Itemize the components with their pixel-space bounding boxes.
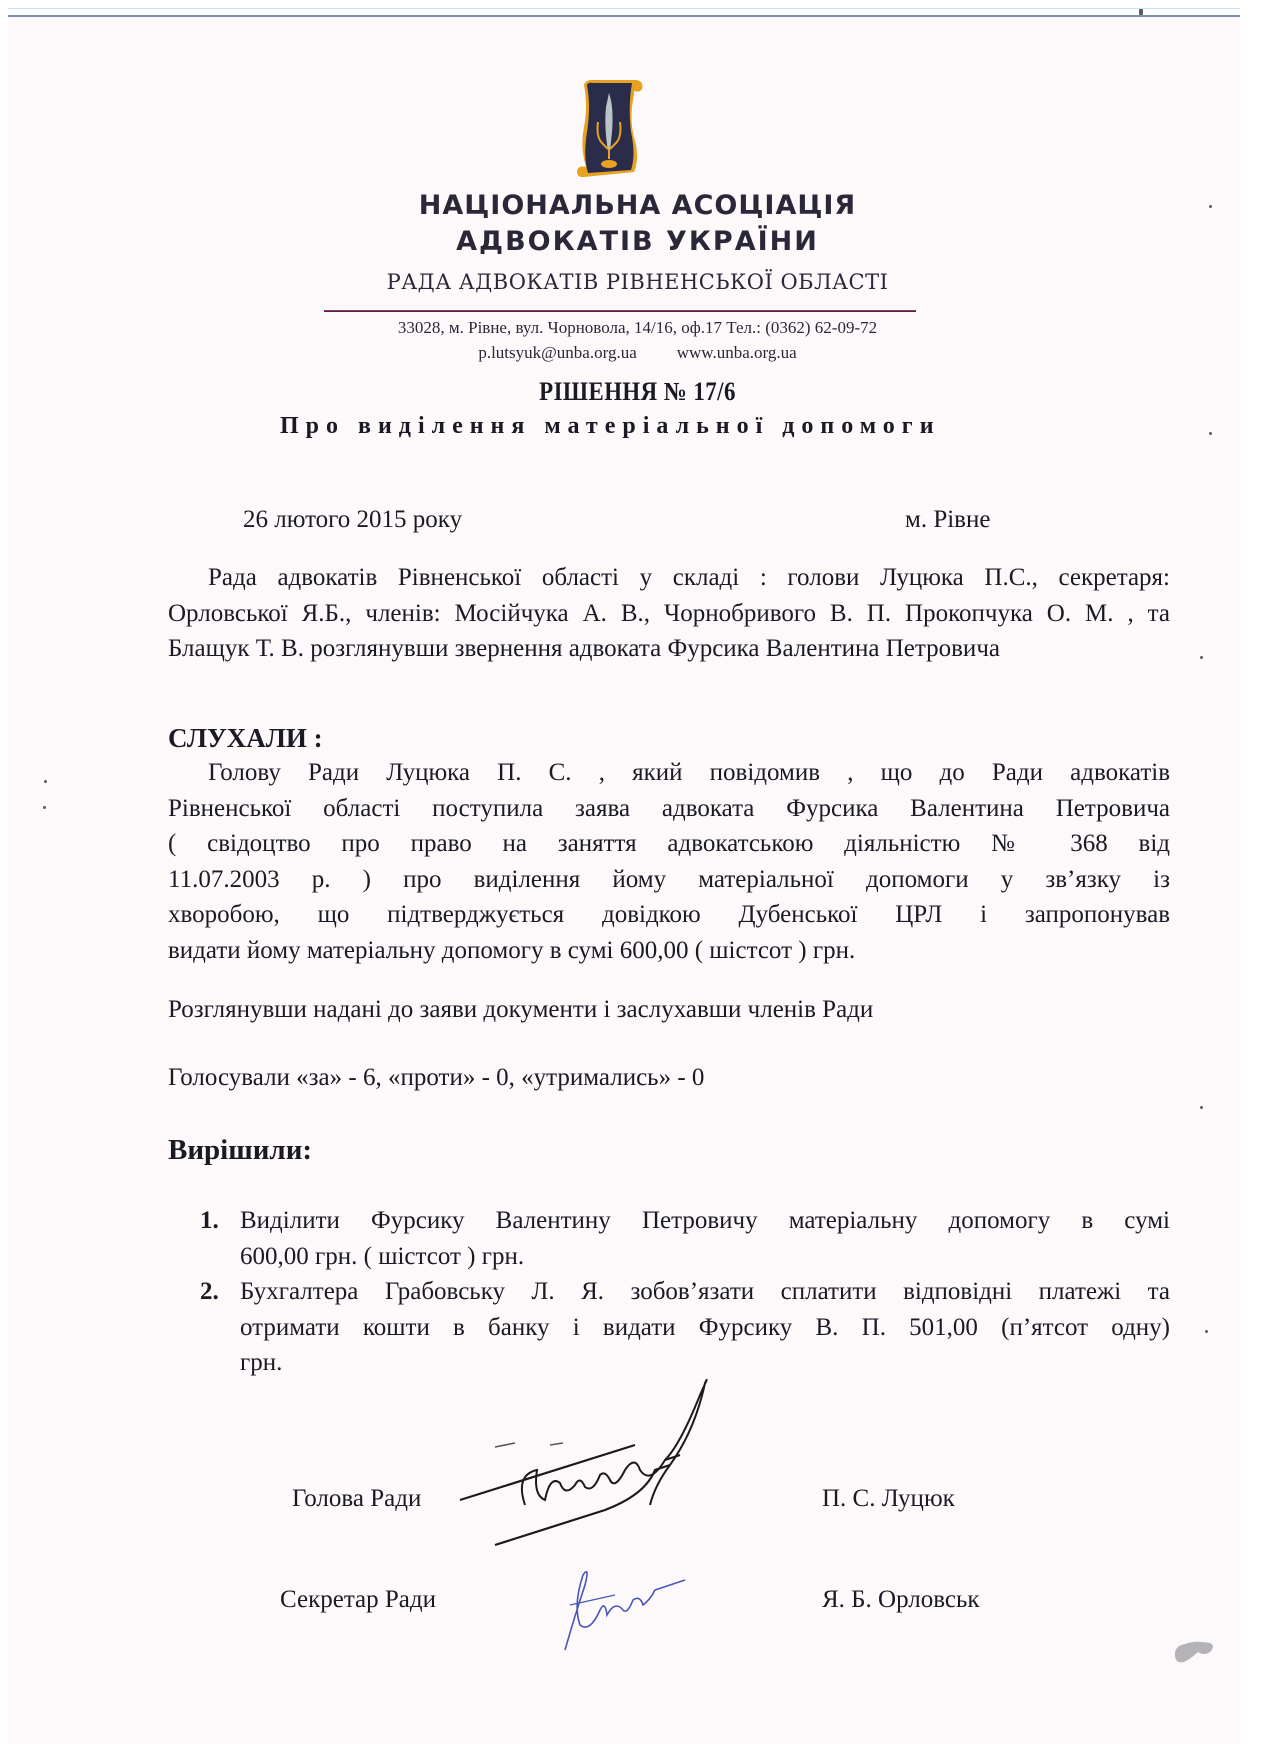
resolution-number: 1. — [200, 1203, 219, 1239]
head-signature-label: Голова Ради — [292, 1481, 421, 1517]
ink-blot — [1170, 1638, 1218, 1668]
voting-result: Голосували «за» - 6, «проти» - 0, «утрим… — [168, 1060, 704, 1096]
intro-line: Блащук Т. В. розглянувши звернення адвок… — [168, 631, 1170, 667]
scan-speck — [43, 806, 46, 809]
intro-paragraph: Рада адвокатів Рівненської області у скл… — [168, 560, 1170, 667]
heard-line: 11.07.2003 р. ) про виділення йому матер… — [168, 862, 1170, 898]
resolution-item: 1. Виділити Фурсику Валентину Петровичу … — [200, 1203, 1170, 1274]
heard-line: Рівненської області поступила заява адво… — [168, 791, 1170, 827]
intro-line: Орловської Я.Б., членів: Мосійчука А. В.… — [168, 596, 1170, 632]
org-name-line1: НАЦІОНАЛЬНА АСОЦІАЦІЯ — [0, 190, 1275, 221]
scroll-quill-trident-logo-icon — [574, 77, 646, 180]
decision-date: 26 лютого 2015 року — [243, 502, 462, 538]
heard-line: Голову Ради Луцюка П. С. , який повідоми… — [168, 755, 1170, 791]
heard-heading: СЛУХАЛИ : — [168, 723, 323, 754]
considered-statement: Розглянувши надані до заяви документи і … — [168, 992, 873, 1028]
scan-edge-line — [8, 8, 1240, 9]
resolutions-list: 1. Виділити Фурсику Валентину Петровичу … — [200, 1203, 1170, 1381]
secretary-signatory-name: Я. Б. Орловськ — [822, 1582, 980, 1618]
resolution-item: 2. Бухгалтера Грабовську Л. Я. зобов’яза… — [200, 1274, 1170, 1381]
decision-subject: Про виділення матеріальної допомоги — [280, 413, 941, 440]
heard-line: ( свідоцтво про право на заняття адвокат… — [168, 826, 1170, 862]
decision-title: РІШЕННЯ № 17/6 — [77, 377, 1199, 407]
decision-city: м. Рівне — [905, 502, 990, 538]
scan-speck — [1200, 656, 1203, 659]
resolution-line: Бухгалтера Грабовську Л. Я. зобов’язати … — [240, 1274, 1170, 1310]
heard-line: хворобою, що підтверджується довідкою Ду… — [168, 897, 1170, 933]
org-website: www.unba.org.ua — [677, 343, 797, 362]
head-handwritten-signature — [455, 1375, 785, 1555]
secretary-handwritten-signature — [545, 1555, 695, 1655]
header-divider — [324, 310, 916, 312]
decided-heading: Вирішили: — [168, 1134, 312, 1167]
resolution-line: 600,00 грн. ( шістсот ) грн. — [240, 1239, 1170, 1275]
scan-speck — [1209, 205, 1212, 208]
intro-line: Рада адвокатів Рівненської області у скл… — [168, 560, 1170, 596]
scan-speck — [1209, 432, 1212, 435]
org-contacts: p.lutsyuk@unba.org.uawww.unba.org.ua — [0, 343, 1275, 363]
org-name-line2: АДВОКАТІВ УКРАЇНИ — [0, 226, 1275, 257]
scan-speck — [44, 780, 47, 783]
org-email: p.lutsyuk@unba.org.ua — [478, 343, 636, 362]
resolution-line: Виділити Фурсику Валентину Петровичу мат… — [240, 1203, 1170, 1239]
heard-line: видати йому матеріальну допомогу в сумі … — [168, 933, 1170, 969]
scan-speck — [1200, 1106, 1203, 1109]
scan-speck — [1205, 1330, 1208, 1333]
resolution-line: отримати кошти в банку і видати Фурсику … — [240, 1310, 1170, 1346]
resolution-number: 2. — [200, 1274, 219, 1310]
secretary-signature-label: Секретар Ради — [280, 1582, 436, 1618]
org-address: 33028, м. Рівне, вул. Чорновола, 14/16, … — [0, 318, 1275, 338]
council-name: РАДА АДВОКАТІВ РІВНЕНСЬКОЇ ОБЛАСТІ — [0, 270, 1275, 294]
heard-paragraph: Голову Ради Луцюка П. С. , який повідоми… — [168, 755, 1170, 968]
head-signatory-name: П. С. Луцюк — [822, 1481, 955, 1517]
scan-speck — [1139, 9, 1143, 15]
